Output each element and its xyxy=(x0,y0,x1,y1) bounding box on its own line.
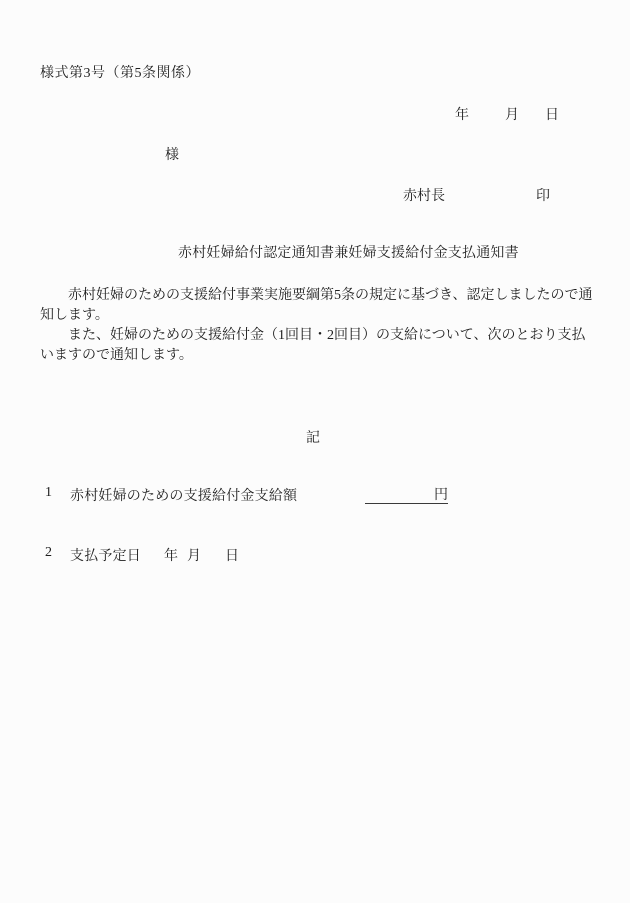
seal-placeholder: 印 xyxy=(536,189,550,204)
amount-unit-label: 円 xyxy=(434,488,448,503)
paragraph-1-line-2: 知します。 xyxy=(40,306,610,326)
body-text: 赤村妊婦のための支援給付事業実施要綱第5条の規定に基づき、認定しましたので通 知… xyxy=(40,286,610,366)
amount-blank-field: 円 xyxy=(365,484,448,504)
list-item-amount: 1 赤村妊婦のための支援給付金支給額 円 xyxy=(0,485,630,507)
payment-year-label: 年 xyxy=(164,545,178,565)
reference-marker: 記 xyxy=(40,427,586,447)
date-line: 年月日 xyxy=(455,104,559,124)
date-year-label: 年 xyxy=(455,108,469,123)
sender-line: 赤村長印 xyxy=(403,185,550,205)
date-month-label: 月 xyxy=(505,108,519,123)
form-number: 様式第3号（第5条関係） xyxy=(40,62,200,82)
document-title: 赤村妊婦給付認定通知書兼妊婦支援給付金支払通知書 xyxy=(178,242,519,262)
paragraph-2-line-2: いますので通知します。 xyxy=(40,346,610,366)
date-day-label: 日 xyxy=(545,108,559,123)
item-1-number: 1 xyxy=(45,485,52,501)
paragraph-2-line-1: また、妊婦のための支援給付金（1回目・2回目）の支給について、次のとおり支払 xyxy=(40,326,610,346)
item-2-label: 支払予定日 xyxy=(70,545,141,565)
document-page: 様式第3号（第5条関係） 年月日 様 赤村長印 赤村妊婦給付認定通知書兼妊婦支援… xyxy=(0,0,630,903)
payment-month-label: 月 xyxy=(187,545,201,565)
list-item-payment-date: 2 支払予定日 年 月 日 xyxy=(0,545,630,567)
item-2-number: 2 xyxy=(45,545,52,561)
paragraph-1-line-1: 赤村妊婦のための支援給付事業実施要綱第5条の規定に基づき、認定しましたので通 xyxy=(40,286,610,306)
sender-title: 赤村長 xyxy=(403,189,445,204)
addressee-honorific: 様 xyxy=(165,144,179,164)
payment-day-label: 日 xyxy=(225,545,239,565)
item-1-label: 赤村妊婦のための支援給付金支給額 xyxy=(70,485,297,505)
